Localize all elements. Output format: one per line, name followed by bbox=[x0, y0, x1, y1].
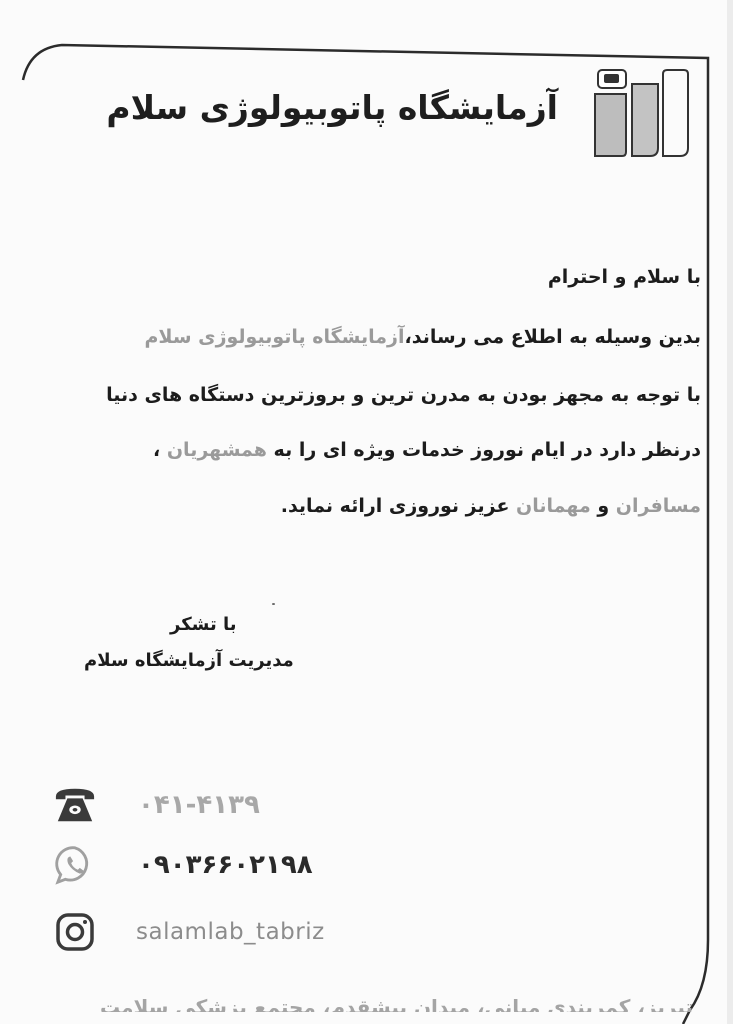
greeting: با سلام و احترام bbox=[61, 268, 701, 287]
contact-whatsapp: ۰۹۰۳۶۶۰۲۱۹۸ bbox=[54, 845, 313, 885]
body-line-3-tail: ، bbox=[153, 439, 167, 461]
body-line-3: درنظر دارد در ایام نوروز خدمات ویژه ای ر… bbox=[61, 441, 701, 460]
contact-instagram: salamlab_tabriz bbox=[54, 912, 325, 952]
whatsapp-number: ۰۹۰۳۶۶۰۲۱۹۸ bbox=[138, 850, 313, 880]
footer-address: تبریز، کمربندی میانی، میدان پیشقدم، مجتم… bbox=[100, 990, 693, 1012]
instagram-handle: salamlab_tabriz bbox=[136, 919, 325, 945]
body-line-4: مسافران و مهمانان عزیز نوروزی ارائه نمای… bbox=[61, 497, 701, 516]
lab-name-highlight: آزمایشگاه پاتوبیولوژی سلام bbox=[145, 326, 405, 348]
body-line-2: با توجه به مجهز بودن به مدرن ترین و بروز… bbox=[61, 386, 701, 405]
telephone-icon bbox=[54, 784, 96, 826]
signature-thanks: با تشکر bbox=[170, 614, 237, 635]
instagram-icon bbox=[54, 911, 96, 953]
scan-speck bbox=[272, 603, 275, 605]
citizens-highlight: همشهریان bbox=[167, 439, 267, 461]
guests-highlight: مهمانان bbox=[516, 495, 591, 517]
body-line-4-text: عزیز نوروزی ارائه نماید. bbox=[281, 495, 516, 517]
conjunction: و bbox=[591, 495, 616, 517]
lab-logo-bars-icon bbox=[590, 68, 692, 160]
phone-number: ۰۴۱-۴۱۳۹ bbox=[138, 790, 260, 820]
travelers-highlight: مسافران bbox=[616, 495, 701, 517]
whatsapp-icon bbox=[54, 844, 96, 886]
body-line-1: بدین وسیله به اطلاع می رساند،آزمایشگاه پ… bbox=[61, 328, 701, 347]
lab-title: آزمایشگاه پاتوبیولوژی سلام bbox=[106, 88, 558, 127]
body-line-3-text: درنظر دارد در ایام نوروز خدمات ویژه ای ر… bbox=[267, 439, 701, 461]
signature-management: مدیریت آزمایشگاه سلام bbox=[84, 650, 294, 671]
body-line-1-text: بدین وسیله به اطلاع می رساند، bbox=[405, 326, 702, 348]
contact-phone: ۰۴۱-۴۱۳۹ bbox=[54, 785, 260, 825]
